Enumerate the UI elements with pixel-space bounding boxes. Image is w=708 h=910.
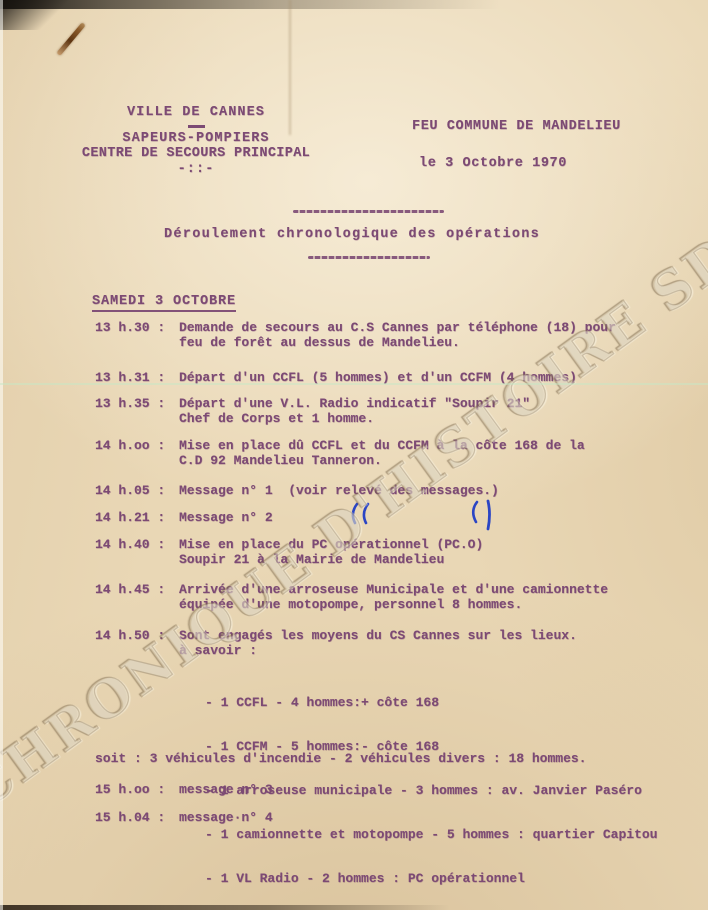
sender-block: VILLE DE CANNES SAPEURS-POMPIERS CENTRE … xyxy=(76,105,316,177)
log-entry: 15 h.oo : message n° 3 xyxy=(95,783,273,798)
entry-text: Départ d'une V.L. Radio indicatif "Soupi… xyxy=(179,397,530,412)
entry-text: Départ d'un CCFL (5 hommes) et d'un CCFM… xyxy=(179,371,577,386)
entry-text: Mise en place du PC opérationnel (PC.O) xyxy=(179,538,483,553)
entry-text: équipée d'une motopompe, personnel 8 hom… xyxy=(179,598,608,613)
entry-text: Message n° 1 (voir relevé des messages.) xyxy=(179,484,499,499)
entry-text: Arrivée d'une arroseuse Municipale et d'… xyxy=(179,583,608,598)
entry-text: message·n° 4 xyxy=(179,811,273,826)
entry-time: 13 h.35 : xyxy=(95,397,169,426)
entry-time: 14 h.21 : xyxy=(95,511,169,526)
resource-item: - 1 camionnette et motopompe - 5 hommes … xyxy=(205,828,657,843)
entry-text: Chef de Corps et 1 homme. xyxy=(179,412,530,427)
entry-text: Message n° 2 xyxy=(179,511,273,526)
entry-text: feu de forêt au dessus de Mandelieu. xyxy=(179,336,616,351)
log-entry: 14 h.50 : Sont engagés les moyens du CS … xyxy=(95,629,657,910)
entry-time: 14 h.50 : xyxy=(95,629,169,910)
rust-mark xyxy=(56,22,85,56)
entry-text: Sont engagés les moyens du CS Cannes sur… xyxy=(179,629,657,644)
sender-ornament: -::- xyxy=(76,162,316,178)
entry-text: à savoir : xyxy=(179,644,657,659)
entry-text: C.D 92 Mandelieu Tanneron. xyxy=(179,454,585,469)
entry-text: Mise en place dû CCFL et du CCFM à la cô… xyxy=(179,439,585,454)
subject-line: FEU COMMUNE DE MANDELIEU xyxy=(412,119,621,134)
entry-time: 14 h.40 : xyxy=(95,538,169,567)
entry-time: 14 h.45 : xyxy=(95,583,169,612)
scan-edge-left xyxy=(0,0,3,910)
resource-item: - 1 CCFL - 4 hommes:+ côte 168 xyxy=(205,696,657,711)
entry-time: 15 h.oo : xyxy=(95,783,169,798)
entry-time: 13 h.31 : xyxy=(95,371,169,386)
totals-line: soit : 3 véhicules d'incendie - 2 véhicu… xyxy=(95,751,586,766)
log-entry: 13 h.31 : Départ d'un CCFL (5 hommes) et… xyxy=(95,371,577,386)
sender-divider xyxy=(188,125,205,128)
pen-mark-right xyxy=(466,498,498,532)
log-entry: 15 h.04 : message·n° 4 xyxy=(95,811,273,826)
sender-service: SAPEURS-POMPIERS xyxy=(76,131,316,147)
sender-centre: CENTRE DE SECOURS PRINCIPAL xyxy=(76,146,316,162)
log-entry: 13 h.35 : Départ d'une V.L. Radio indica… xyxy=(95,397,530,426)
scan-edge-shadow-top xyxy=(0,0,500,9)
title-rule-bottom xyxy=(308,256,430,259)
resource-item: - 1 VL Radio - 2 hommes : PC opérationne… xyxy=(205,872,657,887)
report-title: Déroulement chronologique des opérations xyxy=(164,227,540,242)
entry-text: message n° 3 xyxy=(179,783,273,798)
date-line: le 3 Octobre 1970 xyxy=(419,156,567,171)
log-entry: 14 h.21 : Message n° 2 xyxy=(95,511,273,526)
log-entry: 14 h.oo : Mise en place dû CCFL et du CC… xyxy=(95,439,585,468)
log-entry: 14 h.45 : Arrivée d'une arroseuse Munici… xyxy=(95,583,608,612)
title-rule-top xyxy=(293,210,444,213)
document-page: VILLE DE CANNES SAPEURS-POMPIERS CENTRE … xyxy=(0,0,708,910)
entry-time: 14 h.oo : xyxy=(95,439,169,468)
entry-time: 15 h.04 : xyxy=(95,811,169,826)
entry-text: Demande de secours au C.S Cannes par tél… xyxy=(179,321,616,336)
entry-text: Soupir 21 à la Mairie de Mandelieu xyxy=(179,553,483,568)
log-entry: 14 h.40 : Mise en place du PC opérationn… xyxy=(95,538,483,567)
entry-time: 13 h.30 : xyxy=(95,321,169,350)
pen-mark-left xyxy=(348,501,376,527)
sender-city: VILLE DE CANNES xyxy=(76,105,316,121)
scan-corner-shadow xyxy=(0,0,70,30)
log-entry: 13 h.30 : Demande de secours au C.S Cann… xyxy=(95,321,616,350)
section-heading: SAMEDI 3 OCTOBRE xyxy=(92,294,236,312)
entry-time: 14 h.05 : xyxy=(95,484,169,499)
log-entry: 14 h.05 : Message n° 1 (voir relevé des … xyxy=(95,484,499,499)
